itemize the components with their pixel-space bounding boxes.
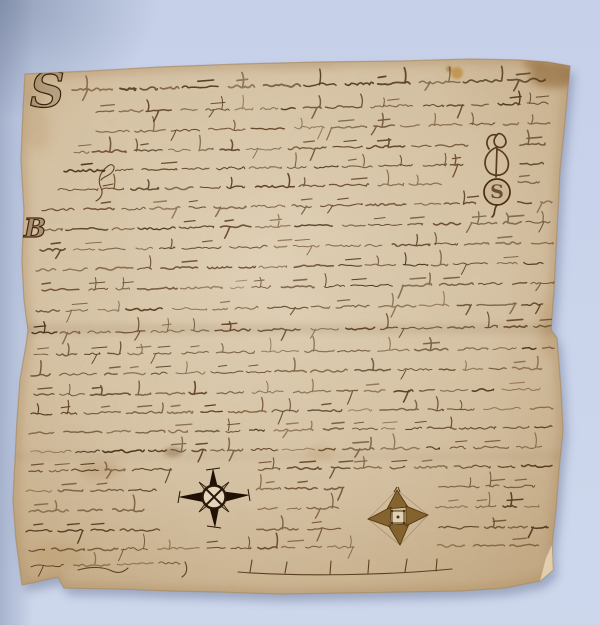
stain bbox=[451, 67, 463, 79]
manuscript-photo-svg: SBS bbox=[0, 0, 600, 625]
fold-crease bbox=[14, 452, 564, 460]
parchment: SBS bbox=[0, 40, 600, 610]
parchment-surface: SBS bbox=[0, 40, 600, 610]
initial-b: B bbox=[23, 214, 46, 244]
script-word bbox=[196, 430, 220, 431]
flourish-letter: S bbox=[490, 181, 504, 203]
photograph: SBS bbox=[0, 0, 600, 625]
stain bbox=[32, 544, 84, 568]
